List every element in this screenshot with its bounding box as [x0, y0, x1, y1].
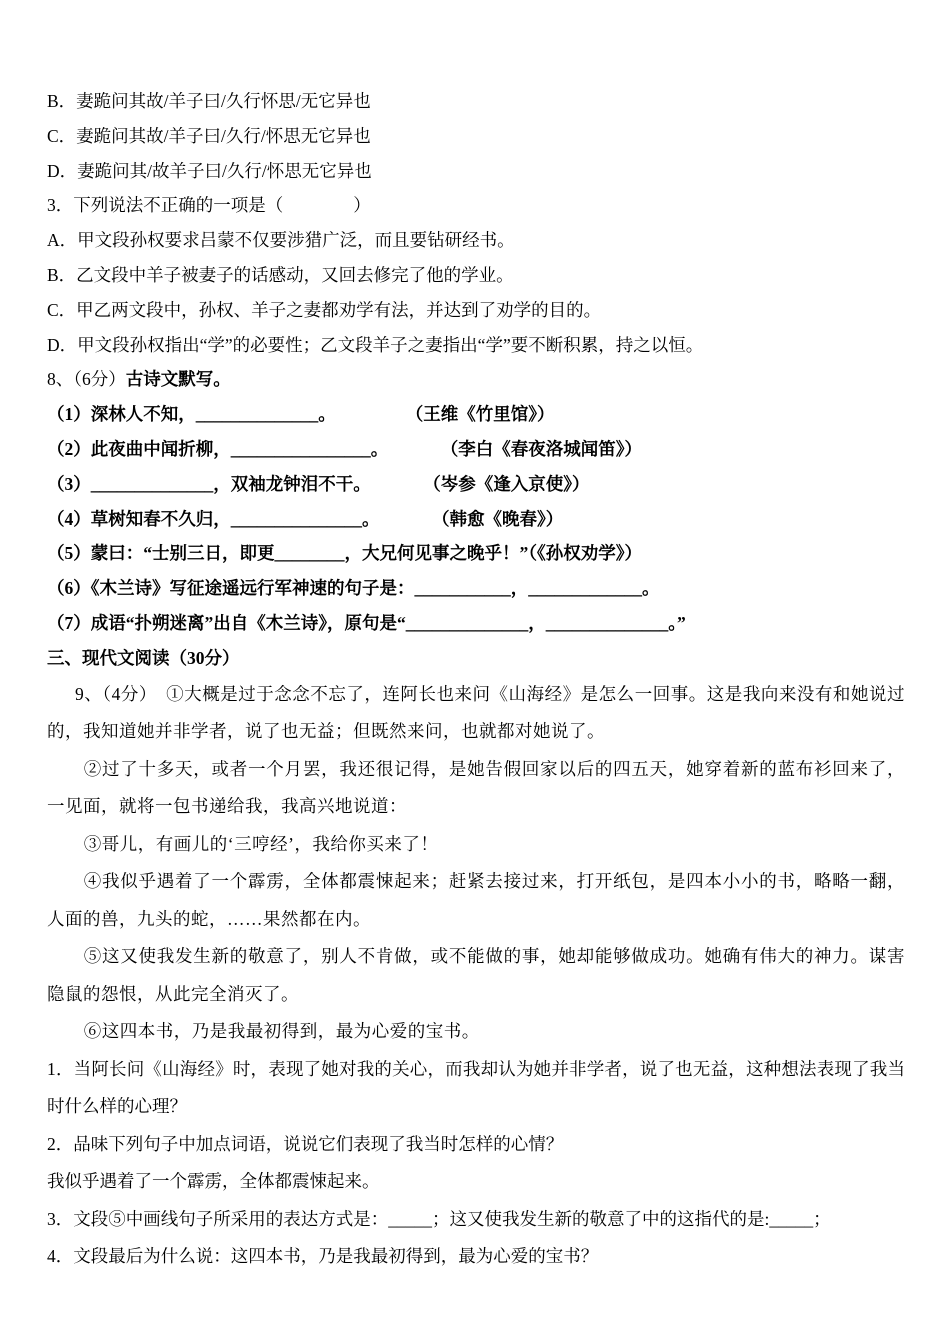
text-line: （4）草树知春不久归，_______________。 （韩愈《晚春》） — [47, 502, 905, 537]
text-line: （6）《木兰诗》写征途遥远行军神速的句子是：___________，______… — [47, 571, 905, 606]
paragraph: 4．文段最后为什么说：这四本书，乃是我最初得到，最为心爱的宝书？ — [47, 1238, 905, 1276]
paragraph: ②过了十多天，或者一个月罢，我还很记得，是她告假回家以后的四五天，她穿着新的蓝布… — [47, 751, 905, 826]
paragraph: ⑥这四本书，乃是我最初得到，最为心爱的宝书。 — [47, 1013, 905, 1051]
text-line: （2）此夜曲中闻折柳，________________。 （李白《春夜洛城闻笛》… — [47, 432, 905, 467]
line-text: 古诗文默写。 — [126, 369, 231, 389]
text-line: （7）成语“扑朔迷离”出自《木兰诗》，原句是“______________，__… — [47, 606, 905, 641]
paragraph: 2．品味下列句子中加点词语，说说它们表现了我当时怎样的心情？ — [47, 1126, 905, 1164]
paragraph: 1．当阿长问《山海经》时，表现了她对我的关心，而我却认为她并非学者，说了也无益，… — [47, 1051, 905, 1126]
text-line: （3）______________，双袖龙钟泪不干。 （岑参《逢入京使》） — [47, 467, 905, 502]
text-line: B．妻跪问其故/羊子曰/久行怀思/无它异也 — [47, 84, 905, 119]
paragraph: ⑤这又使我发生新的敬意了，别人不肯做，或不能做的事，她却能够做成功。她确有伟大的… — [47, 938, 905, 1013]
text-line: A．甲文段孙权要求吕蒙不仅要涉猎广泛，而且要钻研经书。 — [47, 223, 905, 258]
paragraph: ③哥儿，有画儿的‘三哼经’，我给你买来了！ — [47, 826, 905, 864]
text-line: C．甲乙两文段中，孙权、羊子之妻都劝学有法，并达到了劝学的目的。 — [47, 293, 905, 328]
text-line: 8、（6分）古诗文默写。 — [47, 362, 905, 397]
text-line: 3．下列说法不正确的一项是（ ） — [47, 188, 905, 223]
paragraph: ④我似乎遇着了一个霹雳，全体都震悚起来；赶紧去接过来，打开纸包，是四本小小的书，… — [47, 863, 905, 938]
paragraph: 9、（4分） ①大概是过于念念不忘了，连阿长也来问《山海经》是怎么一回事。这是我… — [47, 676, 905, 751]
paragraph: 3．文段⑤中画线句子所采用的表达方式是：_____；这又使我发生新的敬意了中的这… — [47, 1201, 905, 1239]
text-line: D．妻跪问其/故羊子曰/久行/怀思无它异也 — [47, 154, 905, 189]
text-line: 三、现代文阅读（30分） — [47, 641, 905, 676]
exam-page: B．妻跪问其故/羊子曰/久行怀思/无它异也C．妻跪问其故/羊子曰/久行/怀思无它… — [0, 0, 950, 1344]
paragraph: 我似乎遇着了一个霹雳，全体都震悚起来。 — [47, 1163, 905, 1201]
text-line: C．妻跪问其故/羊子曰/久行/怀思无它异也 — [47, 119, 905, 154]
text-line: （1）深林人不知，______________。 （王维《竹里馆》） — [47, 397, 905, 432]
text-line: B．乙文段中羊子被妻子的话感动，又回去修完了他的学业。 — [47, 258, 905, 293]
line-prefix: 8、（6分） — [47, 369, 126, 389]
text-line: D．甲文段孙权指出“学”的必要性；乙文段羊子之妻指出“学”要不断积累，持之以恒。 — [47, 328, 905, 363]
text-line: （5）蒙曰：“士别三日，即更________，大兄何见事之晚乎！”（《孙权劝学》… — [47, 536, 905, 571]
